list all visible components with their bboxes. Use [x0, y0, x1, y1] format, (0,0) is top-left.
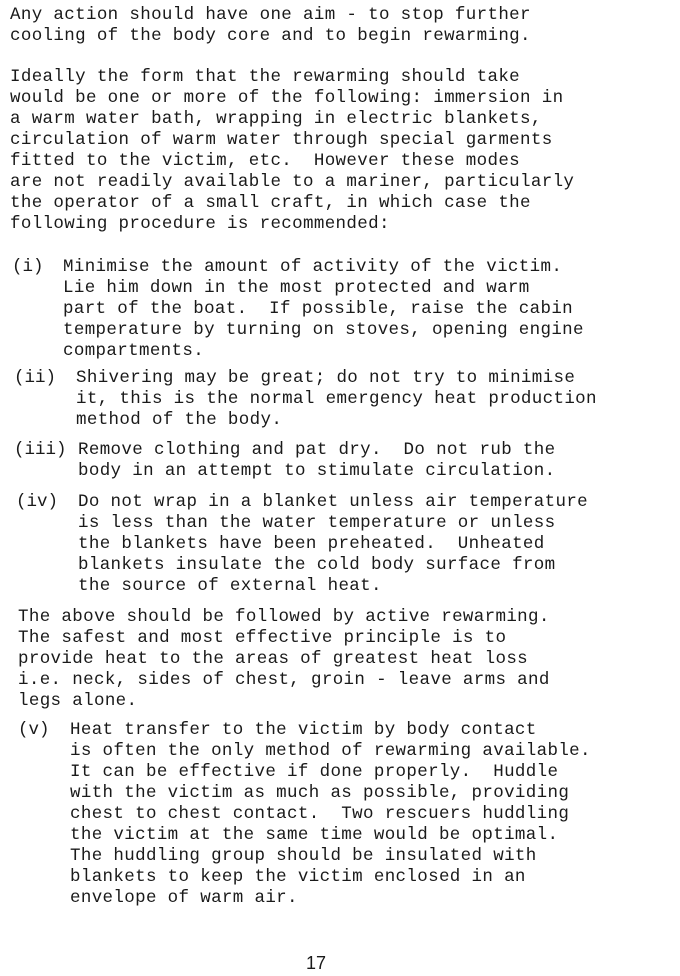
- text-line: The safest and most effective principle …: [18, 628, 506, 649]
- text-line: the victim at the same time would be opt…: [70, 825, 558, 846]
- text-line: the operator of a small craft, in which …: [10, 193, 531, 214]
- text-line: The above should be followed by active r…: [18, 607, 550, 628]
- text-line: Remove clothing and pat dry. Do not rub …: [78, 440, 555, 461]
- text-line: fitted to the victim, etc. However these…: [10, 151, 520, 172]
- text-line: The huddling group should be insulated w…: [70, 846, 537, 867]
- text-line: chest to chest contact. Two rescuers hud…: [70, 804, 569, 825]
- text-line: it, this is the normal emergency heat pr…: [76, 389, 597, 410]
- text-line: provide heat to the areas of greatest he…: [18, 649, 528, 670]
- page-number: 17: [306, 953, 326, 974]
- text-line: compartments.: [63, 341, 204, 362]
- text-line: are not readily available to a mariner, …: [10, 172, 574, 193]
- text-line: method of the body.: [76, 410, 282, 431]
- text-line: the source of external heat.: [78, 576, 382, 597]
- text-line: Minimise the amount of activity of the v…: [63, 257, 562, 278]
- text-line: cooling of the body core and to begin re…: [10, 26, 531, 47]
- text-line: a warm water bath, wrapping in electric …: [10, 109, 542, 130]
- text-line: Shivering may be great; do not try to mi…: [76, 368, 575, 389]
- text-line: body in an attempt to stimulate circulat…: [78, 461, 555, 482]
- list-marker: (ii): [14, 368, 56, 389]
- text-line: part of the boat. If possible, raise the…: [63, 299, 573, 320]
- text-line: i.e. neck, sides of chest, groin - leave…: [18, 670, 550, 691]
- text-line: Lie him down in the most protected and w…: [63, 278, 530, 299]
- text-line: blankets insulate the cold body surface …: [78, 555, 555, 576]
- text-line: is often the only method of rewarming av…: [70, 741, 591, 762]
- list-marker: (i): [12, 257, 44, 278]
- text-line: following procedure is recommended:: [10, 214, 390, 235]
- list-marker: (iv): [16, 492, 58, 513]
- text-line: blankets to keep the victim enclosed in …: [70, 867, 526, 888]
- text-line: is less than the water temperature or un…: [78, 513, 555, 534]
- text-line: envelope of warm air.: [70, 888, 298, 909]
- text-line: temperature by turning on stoves, openin…: [63, 320, 584, 341]
- text-line: Do not wrap in a blanket unless air temp…: [78, 492, 588, 513]
- list-marker: (v): [18, 720, 50, 741]
- text-line: Any action should have one aim - to stop…: [10, 5, 531, 26]
- text-line: Heat transfer to the victim by body cont…: [70, 720, 537, 741]
- text-line: the blankets have been preheated. Unheat…: [78, 534, 545, 555]
- text-line: It can be effective if done properly. Hu…: [70, 762, 558, 783]
- text-line: would be one or more of the following: i…: [10, 88, 563, 109]
- text-line: with the victim as much as possible, pro…: [70, 783, 569, 804]
- text-line: legs alone.: [18, 691, 137, 712]
- text-line: Ideally the form that the rewarming shou…: [10, 67, 520, 88]
- list-marker: (iii): [14, 440, 67, 461]
- text-line: circulation of warm water through specia…: [10, 130, 553, 151]
